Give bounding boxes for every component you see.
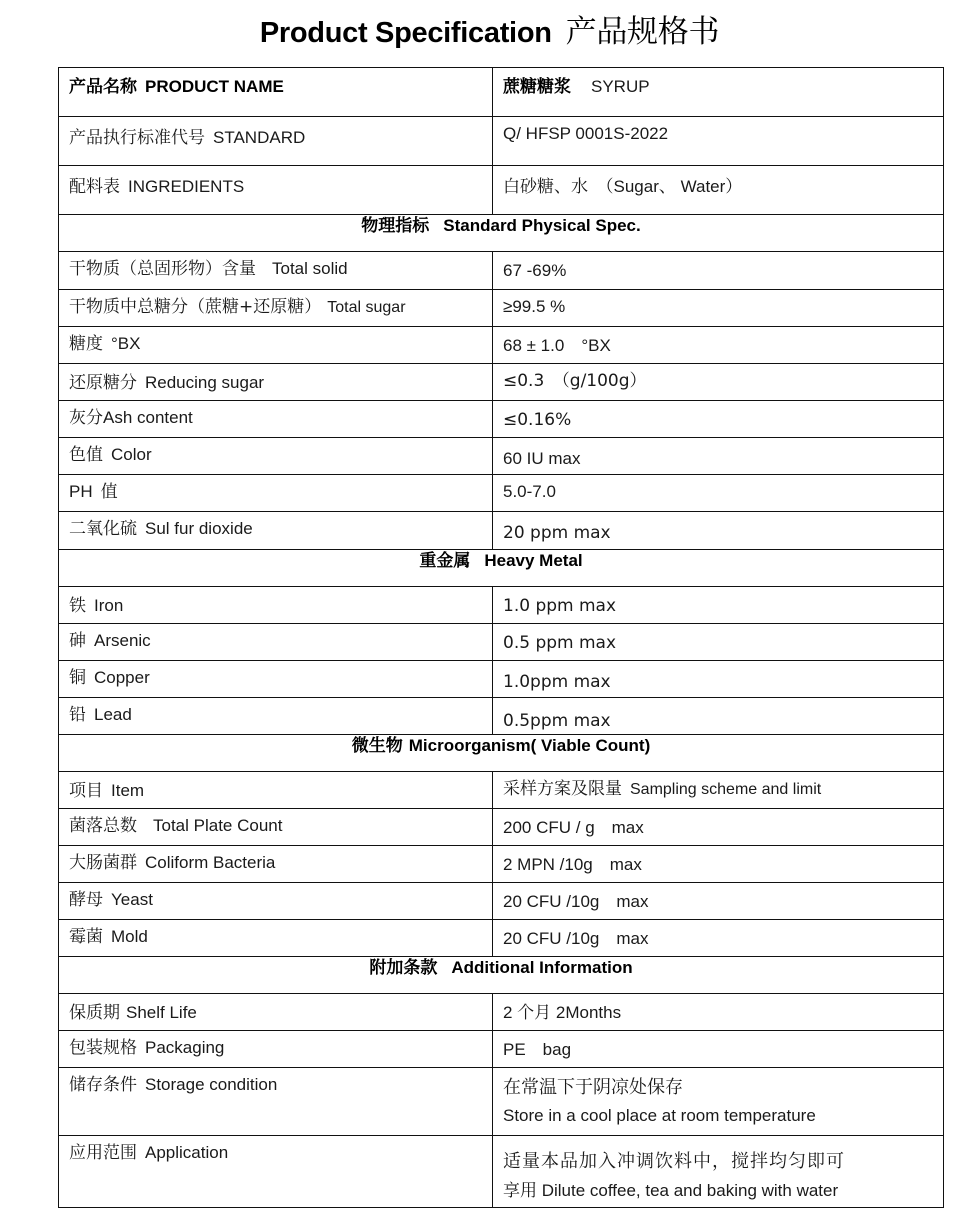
- table-row: 霉菌Mold 20 CFU /10g max: [59, 920, 944, 957]
- section-header-physical: 物理指标Standard Physical Spec.: [59, 215, 944, 252]
- table-row: 灰分Ash content ≤0.16%: [59, 401, 944, 438]
- table-row: 干物质中总糖分（蔗糖+还原糖）Total sugar ≥99.5 %: [59, 290, 944, 327]
- section-header-microorganism: 微生物Microorganism( Viable Count): [59, 735, 944, 772]
- table-row: 酵母Yeast 20 CFU /10g max: [59, 883, 944, 920]
- table-row: 储存条件Storage condition 在常温下于阴凉处保存 Store i…: [59, 1068, 944, 1136]
- table-row: 包装规格Packaging PE bag: [59, 1031, 944, 1068]
- value-cell: 白砂糖、水 （Sugar、 Water）: [493, 166, 944, 215]
- table-row: 铜Copper 1.0ppm max: [59, 661, 944, 698]
- label-cell: 产品执行标准代号STANDARD: [59, 117, 493, 166]
- table-row-ingredients: 配料表INGREDIENTS 白砂糖、水 （Sugar、 Water）: [59, 166, 944, 215]
- table-row: 铅Lead 0.5ppm max: [59, 698, 944, 735]
- title-cn: 产品规格书: [566, 14, 720, 50]
- table-row-product-name: 产品名称PRODUCT NAME 蔗糖糖浆SYRUP: [59, 68, 944, 117]
- spec-table: 产品名称PRODUCT NAME 蔗糖糖浆SYRUP 产品执行标准代号STAND…: [58, 67, 944, 1208]
- label-cell: 产品名称PRODUCT NAME: [59, 68, 493, 117]
- table-row: 二氧化硫Sul fur dioxide 20 ppm max: [59, 512, 944, 550]
- table-row: 干物质（总固形物）含量Total solid 67 -69%: [59, 252, 944, 290]
- table-row: 保质期Shelf Life 2 个月 2Months: [59, 994, 944, 1031]
- table-row-subheader: 项目Item 采样方案及限量Sampling scheme and limit: [59, 772, 944, 809]
- table-row: 铁Iron 1.0 ppm max: [59, 587, 944, 624]
- table-row: 色值Color 60 IU max: [59, 438, 944, 475]
- table-row: 应用范围Application 适量本品加入冲调饮料中，搅拌均匀即可 享用 Di…: [59, 1136, 944, 1208]
- section-header-additional-info: 附加条款Additional Information: [59, 957, 944, 994]
- table-row: 砷Arsenic 0.5 ppm max: [59, 624, 944, 661]
- value-cell: Q/ HFSP 0001S-2022: [493, 117, 944, 166]
- table-row-standard: 产品执行标准代号STANDARD Q/ HFSP 0001S-2022: [59, 117, 944, 166]
- section-header-heavy-metal: 重金属Heavy Metal: [59, 550, 944, 587]
- table-row: 还原糖分Reducing sugar ≤0.3 （g/100g）: [59, 364, 944, 401]
- title-en: Product Specification: [260, 17, 552, 49]
- page-title: Product Specification产品规格书: [0, 6, 979, 51]
- table-row: PH值 5.0-7.0: [59, 475, 944, 512]
- table-row: 糖度°BX 68 ± 1.0 °BX: [59, 327, 944, 364]
- value-cell: 蔗糖糖浆SYRUP: [493, 68, 944, 117]
- table-row: 菌落总数Total Plate Count 200 CFU / g max: [59, 809, 944, 846]
- label-cell: 配料表INGREDIENTS: [59, 166, 493, 215]
- table-row: 大肠菌群Coliform Bacteria 2 MPN /10g max: [59, 846, 944, 883]
